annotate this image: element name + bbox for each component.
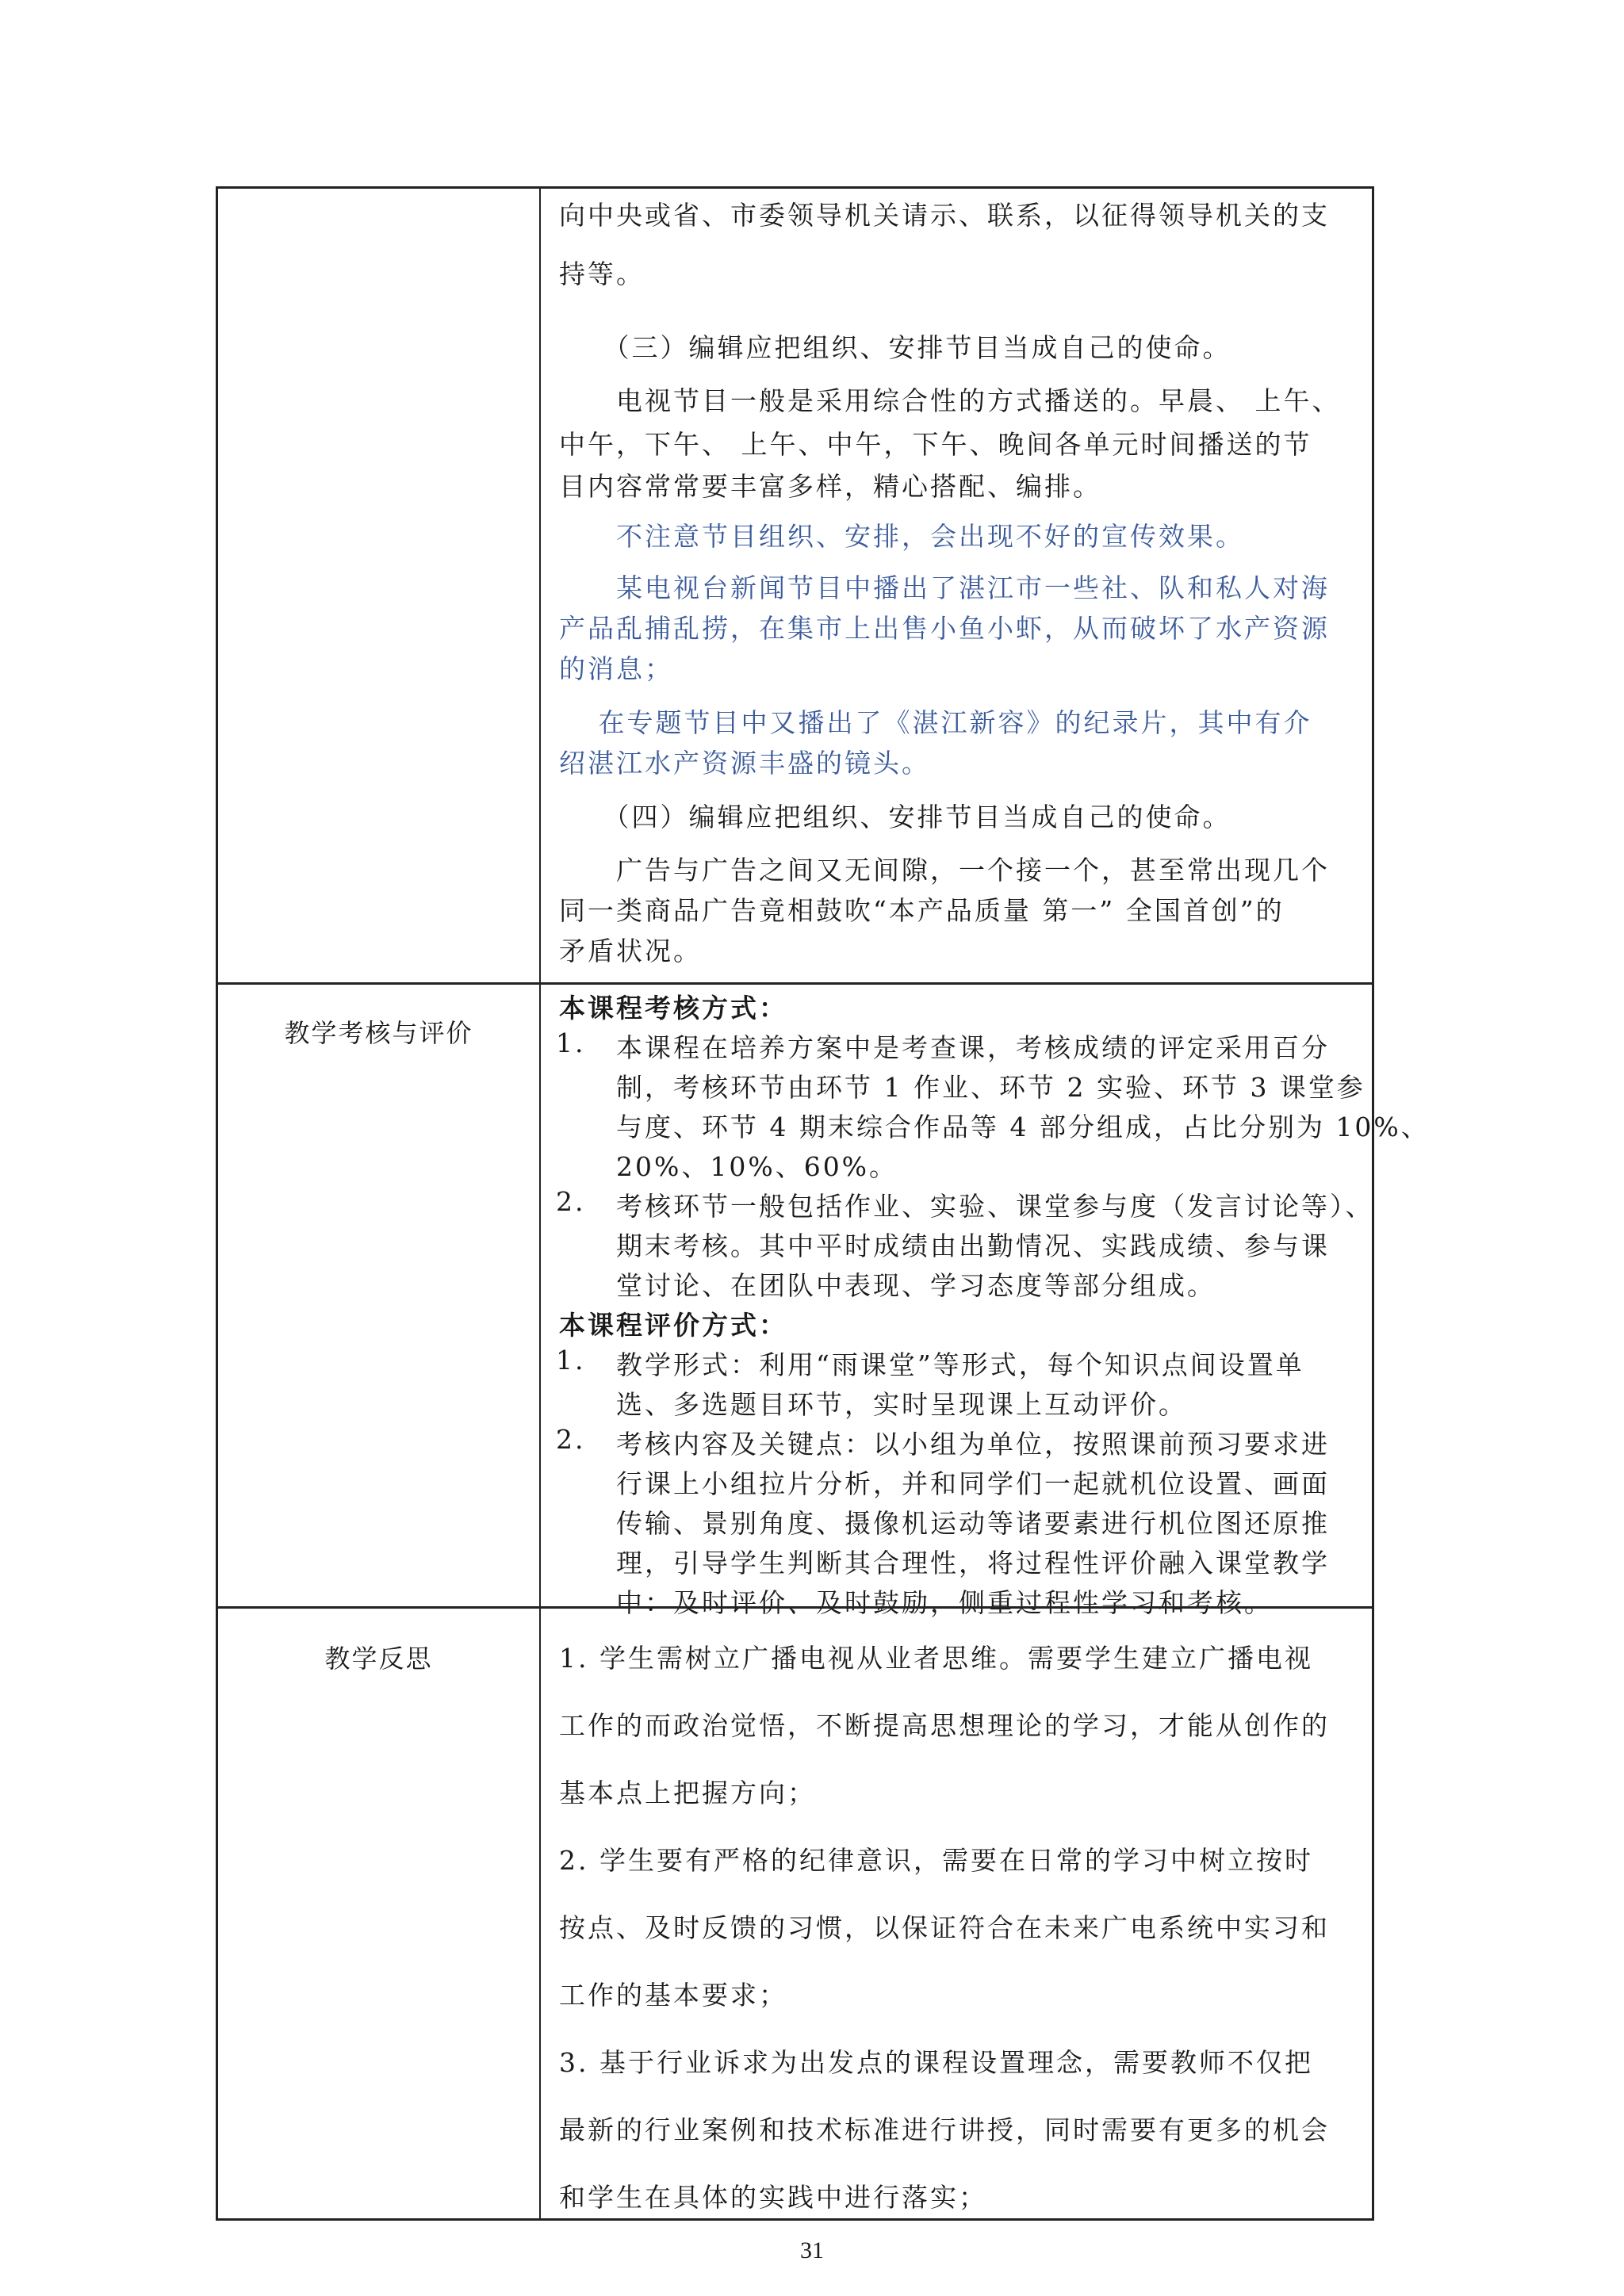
list-item-line: 选、多选题目环节，实时呈现课上互动评价。 — [616, 1384, 1187, 1422]
list-item-line: 制，考核环节由环节 1 作业、环节 2 实验、环节 3 课堂参 — [616, 1067, 1365, 1104]
list-item-line: 理，引导学生判断其合理性，将过程性评价融入课堂教学 — [616, 1543, 1330, 1580]
reflection-line: 按点、及时反馈的习惯，以保证符合在未来广电系统中实习和 — [559, 1908, 1330, 1945]
reflection-line: 基本点上把握方向； — [559, 1773, 816, 1810]
highlighted-text-line: 在专题节目中又播出了《湛江新容》的纪录片，其中有介 — [559, 702, 1312, 740]
list-item-line: 考核环节一般包括作业、实验、课堂参与度（发言讨论等）、 — [616, 1186, 1374, 1223]
reflection-line: 工作的基本要求； — [559, 1975, 787, 2012]
text-line: 中午，下午、 上午、中午，下午、晚间各单元时间播送的节 — [559, 424, 1312, 461]
list-item-line: 期末考核。其中平时成绩由出勤情况、实践成绩、参与课 — [616, 1226, 1330, 1263]
row-content: 向中央或省、市委领导机关请示、联系，以征得领导机关的支 持等。 （三）编辑应把组… — [559, 189, 1356, 982]
section-heading: （三）编辑应把组织、安排节目当成自己的使命。 — [559, 327, 1231, 365]
list-item-line: 传输、景别角度、摄像机运动等诸要素进行机位图还原推 — [616, 1503, 1330, 1540]
evaluation-heading: 本课程评价方式： — [559, 1305, 787, 1342]
list-item-line: 教学形式：利用“雨课堂”等形式，每个知识点间设置单 — [616, 1345, 1304, 1382]
text-line: 持等。 — [559, 254, 645, 291]
row-content-continuation: 向中央或省、市委领导机关请示、联系，以征得领导机关的支 持等。 （三）编辑应把组… — [218, 189, 1372, 982]
list-item-line: 本课程在培养方案中是考查课，考核成绩的评定采用百分 — [616, 1027, 1330, 1065]
list-item-line: 堂讨论、在团队中表现、学习态度等部分组成。 — [616, 1265, 1216, 1303]
list-number: 2. — [556, 1424, 586, 1455]
reflection-line: 工作的而政治觉悟，不断提高思想理论的学习，才能从创作的 — [559, 1705, 1330, 1743]
reflection-line: 1. 学生需树立广播电视从业者思维。需要学生建立广播电视 — [559, 1638, 1313, 1675]
reflection-line: 最新的行业案例和技术标准进行讲授，同时需要有更多的机会 — [559, 2110, 1330, 2147]
text-line: 电视节目一般是采用综合性的方式播送的。早晨、 上午、 — [559, 381, 1341, 418]
assessment-heading: 本课程考核方式： — [559, 988, 787, 1025]
list-number: 2. — [556, 1186, 586, 1217]
text-line: 目内容常常要丰富多样，精心搭配、编排。 — [559, 466, 1101, 503]
highlighted-text-line: 不注意节目组织、安排，会出现不好的宣传效果。 — [559, 516, 1244, 553]
row-content: 1. 学生需树立广播电视从业者思维。需要学生建立广播电视 工作的而政治觉悟，不断… — [559, 1609, 1356, 2225]
highlighted-text-line: 的消息； — [559, 649, 673, 686]
list-number: 1. — [556, 1345, 586, 1376]
highlighted-text-line: 绍湛江水产资源丰盛的镜头。 — [559, 743, 930, 780]
list-item-line: 与度、环节 4 期末综合作品等 4 部分组成，占比分别为 10%、 — [616, 1107, 1430, 1144]
text-line: 矛盾状况。 — [559, 931, 702, 968]
list-item-line: 考核内容及关键点：以小组为单位，按照课前预习要求进 — [616, 1424, 1330, 1461]
reflection-line: 2. 学生要有严格的纪律意识，需要在日常的学习中树立按时 — [559, 1840, 1313, 1877]
list-item-line: 行课上小组拉片分析，并和同学们一起就机位设置、画面 — [616, 1464, 1330, 1501]
highlighted-text-line: 产品乱捕乱捞，在集市上出售小鱼小虾，从而破坏了水产资源 — [559, 608, 1330, 645]
section-heading: （四）编辑应把组织、安排节目当成自己的使命。 — [559, 797, 1231, 834]
highlighted-text-line: 某电视台新闻节目中播出了湛江市一些社、队和私人对海 — [559, 568, 1330, 605]
row-teaching-reflection: 教学反思 1. 学生需树立广播电视从业者思维。需要学生建立广播电视 工作的而政治… — [218, 1606, 1372, 2223]
row-content: 本课程考核方式： 1. 本课程在培养方案中是考查课，考核成绩的评定采用百分 制，… — [559, 985, 1356, 1609]
row-label: 教学反思 — [218, 1639, 539, 1675]
text-line: 向中央或省、市委领导机关请示、联系，以征得领导机关的支 — [559, 195, 1330, 232]
text-line: 广告与广告之间又无间隙，一个接一个，甚至常出现几个 — [559, 850, 1330, 887]
row-assessment-evaluation: 教学考核与评价 本课程考核方式： 1. 本课程在培养方案中是考查课，考核成绩的评… — [218, 982, 1372, 1606]
row-label: 教学考核与评价 — [218, 1013, 539, 1050]
list-item-line: 20%、10%、60%。 — [616, 1146, 898, 1184]
reflection-line: 和学生在具体的实践中进行落实； — [559, 2177, 987, 2214]
reflection-line: 3. 基于行业诉求为出发点的课程设置理念，需要教师不仅把 — [559, 2042, 1313, 2080]
course-table: 向中央或省、市委领导机关请示、联系，以征得领导机关的支 持等。 （三）编辑应把组… — [216, 186, 1374, 2221]
list-number: 1. — [556, 1027, 586, 1058]
page-number: 31 — [0, 2237, 1624, 2264]
text-line: 同一类商品广告竟相鼓吹“本产品质量 第一” 全国首创”的 — [559, 890, 1285, 928]
